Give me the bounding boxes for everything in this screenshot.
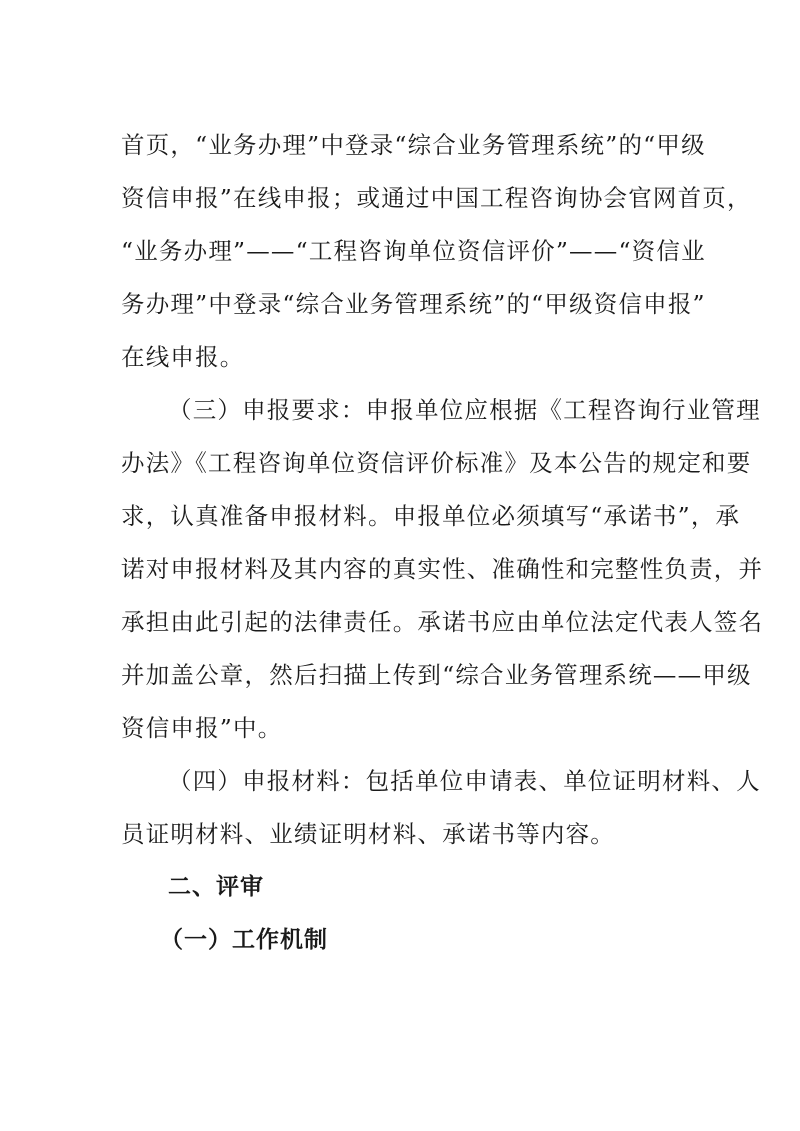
subsection-heading-mechanism: （一）工作机制 [160, 920, 673, 960]
section-four-line: （四）申报材料：包括单位申请表、单位证明材料、人 [168, 761, 681, 801]
paragraph-line: 资信申报”在线申报；或通过中国工程咨询协会官网首页， [121, 178, 681, 218]
paragraph-line: 并加盖公章，然后扫描上传到“综合业务管理系统——甲级 [121, 655, 681, 695]
paragraph-line: 办法》《工程咨询单位资信评价标准》及本公告的规定和要 [121, 443, 681, 483]
paragraph-line: 首页，“业务办理”中登录“综合业务管理系统”的“甲级 [121, 125, 681, 165]
paragraph-line: 在线申报。 [121, 337, 681, 377]
paragraph-line: 员证明材料、业绩证明材料、承诺书等内容。 [121, 814, 681, 854]
section-heading-review: 二、评审 [168, 867, 681, 907]
paragraph-line: 资信申报”中。 [121, 708, 681, 748]
section-three-line: （三）申报要求：申报单位应根据《工程咨询行业管理 [168, 390, 681, 430]
paragraph-line: 务办理”中登录“综合业务管理系统”的“甲级资信申报” [121, 284, 681, 324]
paragraph-line: 诺对申报材料及其内容的真实性、准确性和完整性负责，并 [121, 549, 681, 589]
paragraph-line: “业务办理”——“工程咨询单位资信评价”——“资信业 [121, 231, 681, 271]
paragraph-line: 求，认真准备申报材料。申报单位必须填写“承诺书”，承 [121, 496, 681, 536]
paragraph-line: 承担由此引起的法律责任。承诺书应由单位法定代表人签名 [121, 602, 681, 642]
document-page: 首页，“业务办理”中登录“综合业务管理系统”的“甲级 资信申报”在线申报；或通过… [0, 0, 800, 1131]
